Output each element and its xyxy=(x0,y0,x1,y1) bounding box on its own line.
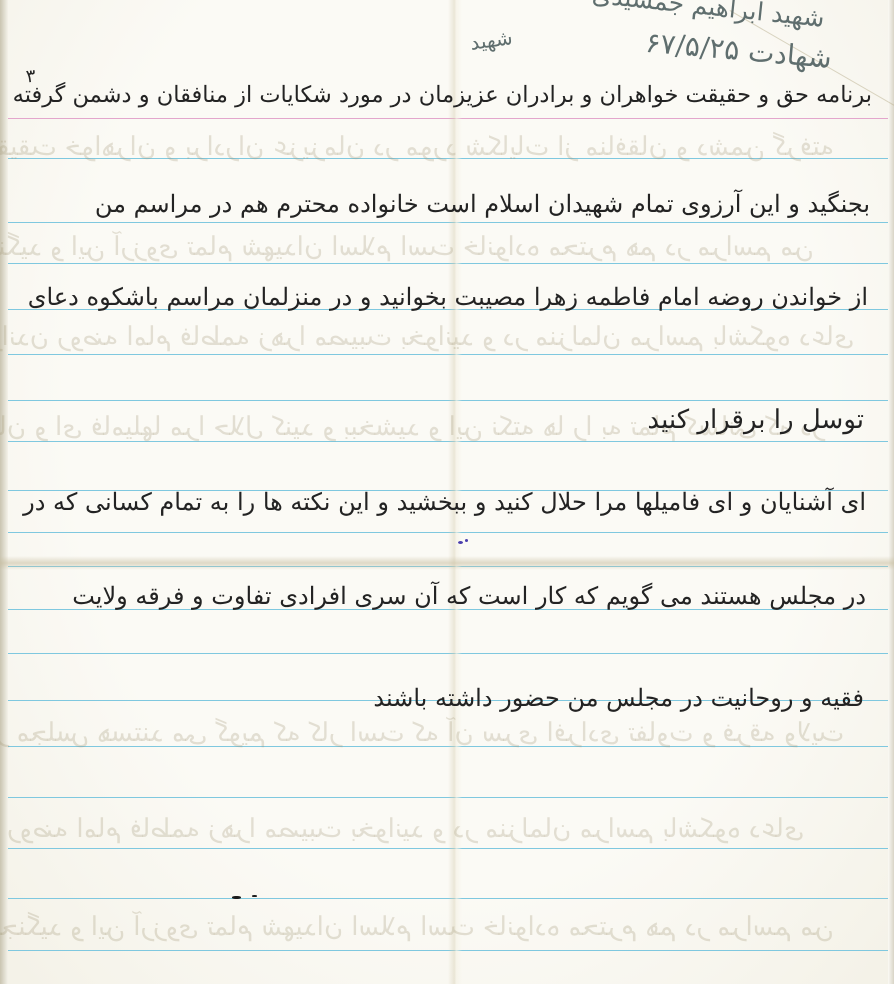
bleed-through-text: برنامه حق و حقیقت خواهران و برادران عزیز… xyxy=(0,132,834,162)
ink-spot xyxy=(465,539,468,542)
martyrdom-date-note: شهادت ۶۷/۵/۲۵ xyxy=(645,26,834,75)
letter-line-1: برنامه حق و حقیقت خواهران و برادران عزیز… xyxy=(13,82,872,108)
ink-speck xyxy=(232,896,241,899)
ink-speck xyxy=(252,895,257,897)
letter-line-4: توسل را برقرار کنید xyxy=(647,405,864,435)
paper-fold-horizontal xyxy=(0,556,894,570)
bleed-through-text: بجنگید و این آرزوی تمام شهیدان اسلام است… xyxy=(0,912,834,942)
letter-page: برنامه حق و حقیقت خواهران و برادران عزیز… xyxy=(0,0,894,984)
ink-spot xyxy=(458,541,463,544)
letter-line-5: ای آشنایان و ای فامیلها مرا حلال کنید و … xyxy=(23,488,866,516)
letter-line-7: فقیه و روحانیت در مجلس من حضور داشته باش… xyxy=(373,684,864,712)
bleed-through-text: از خواندن روضه امام فاطمه زهرا مصیبت بخو… xyxy=(0,322,854,352)
bleed-through-text: از خواندن روضه امام فاطمه زهرا مصیبت بخو… xyxy=(0,814,804,844)
letter-line-6: در مجلس هستند می گویم که کار است که آن س… xyxy=(72,582,866,610)
martyr-label-note: شهید xyxy=(469,25,514,55)
paper-right-edge xyxy=(888,0,894,984)
letter-line-2: بجنگید و این آرزوی تمام شهیدان اسلام است… xyxy=(95,190,870,218)
bleed-through-text: بجنگید و این آرزوی تمام شهیدان اسلام است… xyxy=(0,232,814,262)
letter-line-3: از خواندن روضه امام فاطمه زهرا مصیبت بخو… xyxy=(28,283,868,311)
martyr-name-note: شهید ابراهیم جمشیدی xyxy=(590,0,825,33)
bleed-through-text: در مجلس هستند می گویم که کار است که آن س… xyxy=(0,718,844,748)
